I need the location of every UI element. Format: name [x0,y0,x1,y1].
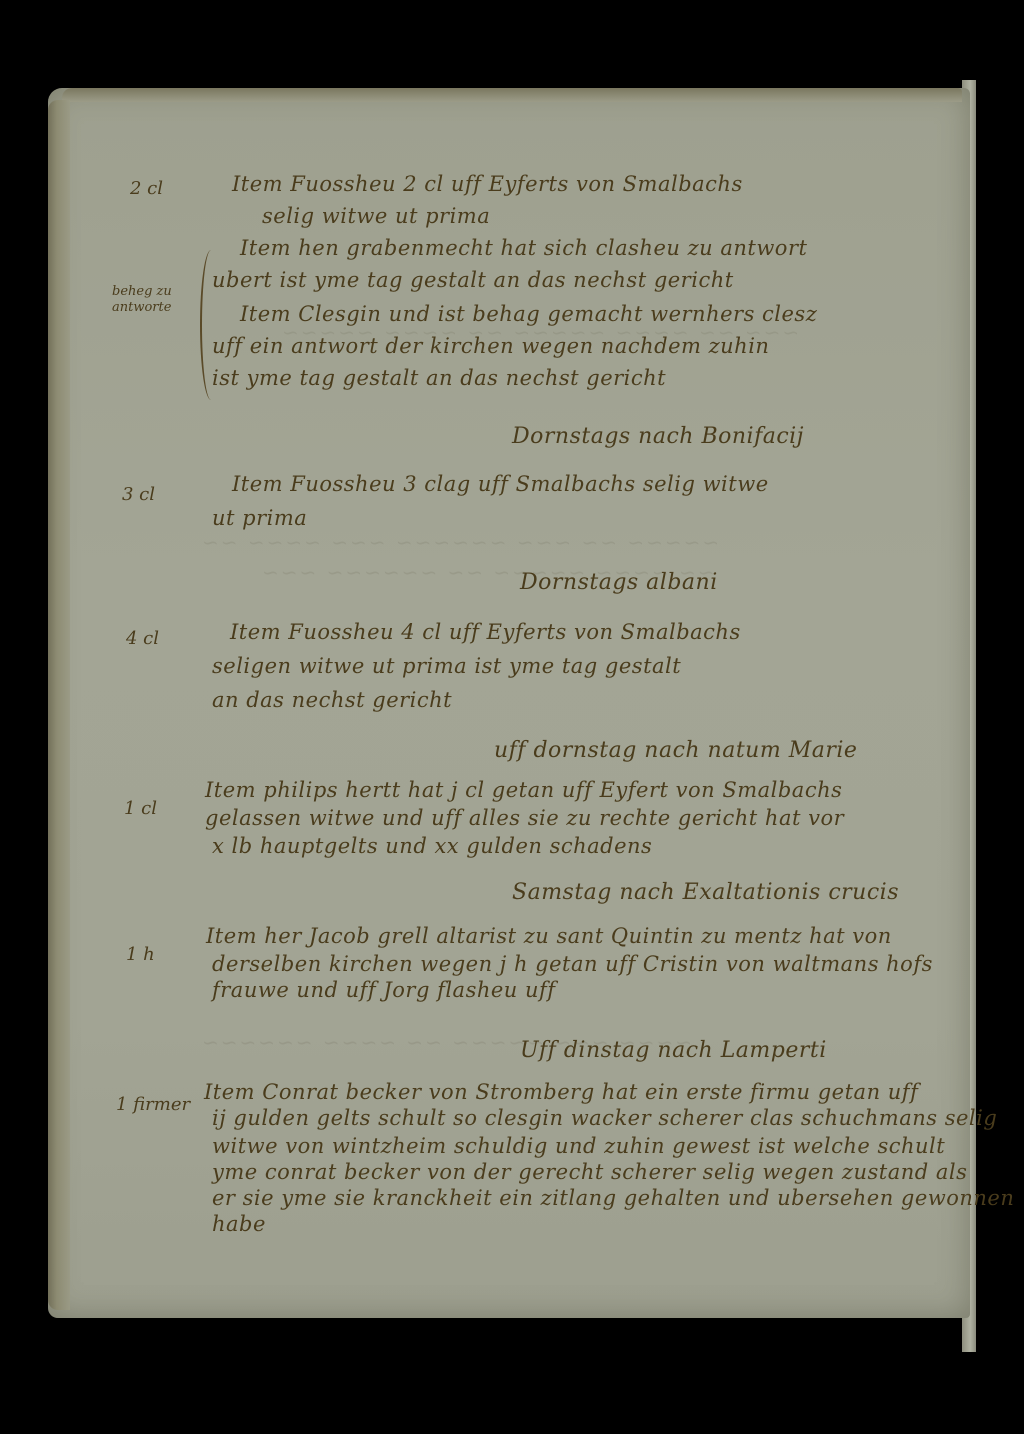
entry-line: derselben kirchen wegen j h getan uff Cr… [212,952,933,976]
margin-note: 3 cl [122,484,155,505]
margin-note: 1 cl [124,798,157,819]
entry-line: er sie yme sie kranckheit ein zitlang ge… [212,1186,1014,1210]
entry-line: witwe von wintzheim schuldig und zuhin g… [212,1134,945,1158]
entry-line: seligen witwe ut prima ist yme tag gesta… [212,654,681,678]
entry-line: ij gulden gelts schult so clesgin wacker… [212,1106,997,1130]
entry-line: yme conrat becker von der gerecht schere… [212,1160,967,1184]
entry-line: Item Fuossheu 4 cl uff Eyferts von Smalb… [230,620,741,644]
margin-note: 2 cl [130,178,163,199]
entry-line: an das nechst gericht [212,688,452,712]
entry-line: Item Fuossheu 2 cl uff Eyferts von Smalb… [232,172,743,196]
entry-line: Item her Jacob grell altarist zu sant Qu… [206,924,892,948]
entry-line: selig witwe ut prima [262,204,490,228]
entry-line: gelassen witwe und uff alles sie zu rech… [205,806,844,830]
date-heading: Dornstags albani [520,570,718,595]
margin-note: 1 h [126,944,155,965]
entry-line: ubert ist yme tag gestalt an das nechst … [212,268,734,292]
date-heading: Dornstags nach Bonifacij [512,424,804,449]
date-heading: uff dornstag nach natum Marie [494,738,857,763]
entry-line: Item Fuossheu 3 clag uff Smalbachs selig… [232,472,769,496]
entry-line: habe [212,1212,266,1236]
margin-note: 1 firmer [116,1094,190,1115]
left-page-edge [48,100,70,1310]
date-heading: Uff dinstag nach Lamperti [520,1038,827,1063]
entry-line: ut prima [212,506,307,530]
entry-line: Item Conrat becker von Stromberg hat ein… [204,1080,918,1104]
entry-line: ist yme tag gestalt an das nechst gerich… [212,366,666,390]
entry-line: Item Clesgin und ist behag gemacht wernh… [240,302,817,326]
entry-line: uff ein antwort der kirchen wegen nachde… [212,334,769,358]
date-heading: Samstag nach Exaltationis crucis [512,880,899,905]
entry-line: x lb hauptgelts und xx gulden schadens [212,834,652,858]
entry-line: Item philips hertt hat j cl getan uff Ey… [205,778,842,802]
entry-line: Item hen grabenmecht hat sich clasheu zu… [240,236,807,260]
margin-note: 4 cl [126,628,159,649]
margin-note: beheg zu antworte [112,284,192,316]
top-page-edge [62,88,962,102]
bleed-through-text: ~~~~~ ~~ ~~~ ~~~~~~ ~~~ ~~~~ ~~ [200,530,719,554]
entry-line: frauwe und uff Jorg flasheu uff [212,978,556,1002]
